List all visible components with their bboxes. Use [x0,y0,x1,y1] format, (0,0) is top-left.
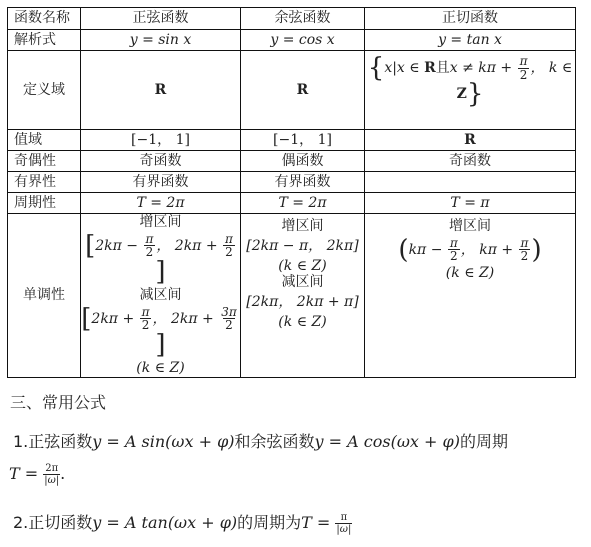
header-tan: 正切函数 [365,8,576,30]
monotonic-row: 单调性 增区间 [2kπ − π2， 2kπ + π2] 减区间 [2kπ + … [8,214,576,378]
row-label: 解析式 [8,30,81,51]
period-tan: T = π [365,193,576,214]
domain-sin: R [81,51,241,130]
formula-row: 解析式 y = sin x y = cos x y = tan x [8,30,576,51]
domain-cos: R [241,51,365,130]
parity-tan: 奇函数 [365,151,576,172]
formula-item-2: 2.正切函数y = A tan(ωx + φ)的周期为T = π|ω| [13,510,352,535]
row-label: 定义域 [8,51,81,130]
cos-decreasing-interval: [2kπ， 2kπ + π] [241,294,364,311]
domain-row: 定义域 R R {x|x ∈ R且x ≠ kπ + π2， k ∈ Z} [8,51,576,130]
row-label: 值域 [8,130,81,151]
sin-decreasing-interval: [2kπ + π2， 2kπ + 3π2] [81,306,240,358]
parity-sin: 奇函数 [81,151,241,172]
formula-sin: y = sin x [81,30,241,51]
row-label: 奇偶性 [8,151,81,172]
bounded-sin: 有界函数 [81,172,241,193]
monotonic-tan: 增区间 (kπ − π2， kπ + π2) (k ∈ Z) [365,214,576,378]
range-cos: [−1， 1] [241,130,365,151]
bounded-row: 有界性 有界函数 有界函数 [8,172,576,193]
parity-cos: 偶函数 [241,151,365,172]
range-row: 值域 [−1， 1] [−1， 1] R [8,130,576,151]
parity-row: 奇偶性 奇函数 偶函数 奇函数 [8,151,576,172]
header-sin: 正弦函数 [81,8,241,30]
period-cos: T = 2π [241,193,365,214]
bounded-tan [365,172,576,193]
bounded-cos: 有界函数 [241,172,365,193]
monotonic-cos: 增区间 [2kπ − π， 2kπ] (k ∈ Z) 减区间 [2kπ， 2kπ… [241,214,365,378]
range-sin: [−1， 1] [81,130,241,151]
row-label: 周期性 [8,193,81,214]
cos-increasing-interval: [2kπ − π， 2kπ] [241,238,364,255]
period-sin: T = 2π [81,193,241,214]
formula-tan: y = tan x [365,30,576,51]
trig-properties-table: 函数名称 正弦函数 余弦函数 正切函数 解析式 y = sin x y = co… [7,7,576,378]
formula-item-1-period: T = 2π|ω|. [9,463,65,486]
header-row: 函数名称 正弦函数 余弦函数 正切函数 [8,8,576,30]
section-title: 三、常用公式 [10,390,106,413]
row-label: 有界性 [8,172,81,193]
header-label: 函数名称 [8,8,81,30]
formula-item-1: 1.正弦函数y = A sin(ωx + φ)和余弦函数y = A cos(ωx… [13,429,508,452]
range-tan: R [365,130,576,151]
monotonic-sin: 增区间 [2kπ − π2， 2kπ + π2] 减区间 [2kπ + π2， … [81,214,241,378]
period-row: 周期性 T = 2π T = 2π T = π [8,193,576,214]
sin-increasing-interval: [2kπ − π2， 2kπ + π2] [81,233,240,285]
formula-cos: y = cos x [241,30,365,51]
domain-tan: {x|x ∈ R且x ≠ kπ + π2， k ∈ Z} [365,51,576,130]
tan-increasing-interval: (kπ − π2， kπ + π2) [365,237,575,263]
row-label: 单调性 [8,214,81,378]
header-cos: 余弦函数 [241,8,365,30]
